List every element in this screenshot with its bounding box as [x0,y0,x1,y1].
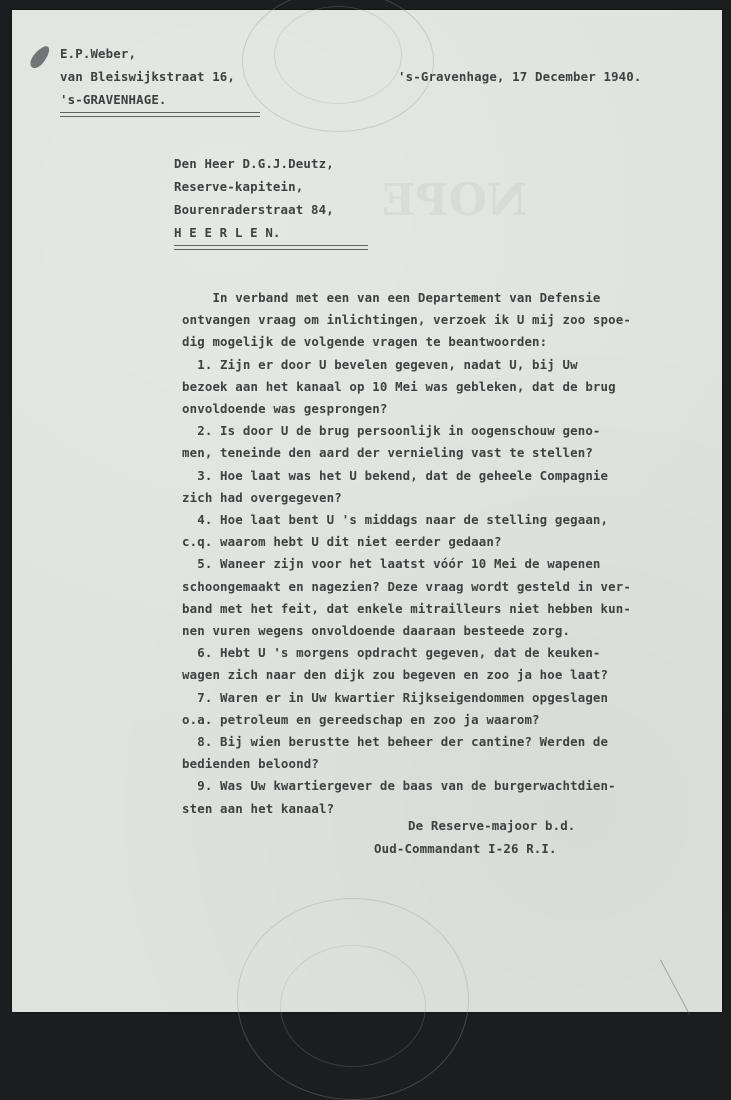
recipient-rank: Reserve-kapitein, [174,179,303,194]
body-line: 9. Was Uw kwartiergever de baas van de b… [182,778,616,793]
recipient-name: Den Heer D.G.J.Deutz, [174,156,334,171]
body-line: bezoek aan het kanaal op 10 Mei was gebl… [182,379,616,394]
paper-crease [660,960,690,1015]
body-line: bedienden beloond? [182,756,319,771]
body-line: 8. Bij wien berustte het beheer der cant… [182,734,608,749]
body-line: 7. Waren er in Uw kwartier Rijkseigendom… [182,690,608,705]
body-line: sten aan het kanaal? [182,801,334,816]
body-line: 5. Waneer zijn voor het laatst vóór 10 M… [182,556,601,571]
sender-street: van Bleiswijkstraat 16, [60,69,235,84]
body-line: 3. Hoe laat was het U bekend, dat de geh… [182,468,608,483]
recipient-city: H E E R L E N. [174,225,281,240]
body-line: 6. Hebt U 's morgens opdracht gegeven, d… [182,645,601,660]
recipient-street: Bourenraderstraat 84, [174,202,334,217]
recipient-underline [174,245,368,250]
sender-underline [60,112,260,117]
body-line: men, teneinde den aard der vernieling va… [182,445,593,460]
body-line: ontvangen vraag om inlichtingen, verzoek… [182,312,631,327]
body-line: band met het feit, dat enkele mitrailleu… [182,601,631,616]
body-line: schoongemaakt en nagezien? Deze vraag wo… [182,579,631,594]
letter-page: NOPE E.P.Weber, van Bleiswijkstraat 16, … [12,10,722,1012]
body-line: 2. Is door U de brug persoonlijk in ooge… [182,423,601,438]
body-line: wagen zich naar den dijk zou begeven en … [182,667,608,682]
signature-block: De Reserve-majoor b.d. Oud-Commandant I-… [12,10,42,70]
place-date: 's-Gravenhage, 17 December 1940. [398,69,642,84]
sender-name: E.P.Weber, [60,46,136,61]
body-line: dig mogelijk de volgende vragen te beant… [182,334,547,349]
body-line: 1. Zijn er door U bevelen gegeven, nadat… [182,357,578,372]
faint-bleedthrough-text: NOPE [382,175,527,226]
faint-stamp-top-inner [274,6,402,104]
body-line: 4. Hoe laat bent U 's middags naar de st… [182,512,608,527]
body-line: In verband met een van een Departement v… [182,290,601,305]
body-line: c.q. waarom hebt U dit niet eerder gedaa… [182,534,502,549]
body-line: o.a. petroleum en gereedschap en zoo ja … [182,712,540,727]
body-line: onvoldoende was gesprongen? [182,401,387,416]
body-line: zich had overgegeven? [182,490,342,505]
signature-unit: Oud-Commandant I-26 R.I. [374,841,557,856]
sender-city: 's-GRAVENHAGE. [60,92,167,107]
body-line: nen vuren wegens onvoldoende daaraan bes… [182,623,570,638]
signature-title: De Reserve-majoor b.d. [408,818,575,833]
